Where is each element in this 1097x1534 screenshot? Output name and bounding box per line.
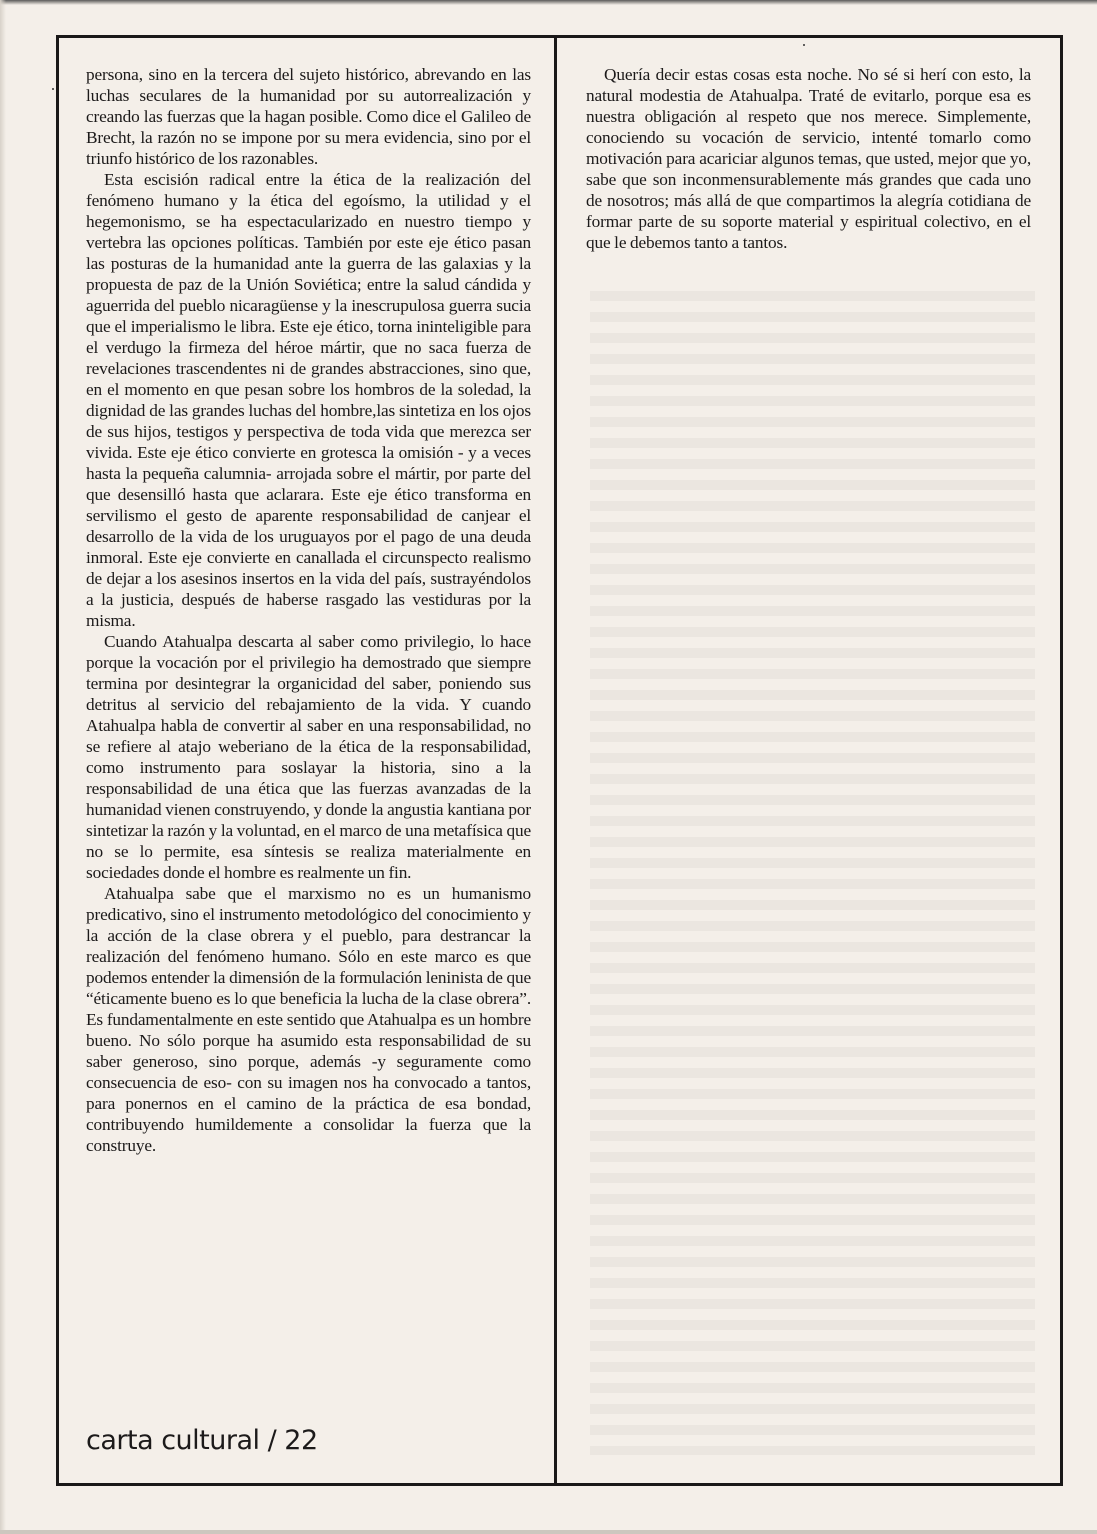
column-divider [554, 35, 557, 1483]
paragraph: Esta escisión radical entre la ética de … [86, 169, 531, 631]
page-footer: carta cultural / 22 [86, 1425, 318, 1456]
footer-page-label: carta cultural / 22 [86, 1425, 318, 1456]
paragraph: Atahualpa sabe que el marxismo no es un … [86, 883, 531, 1156]
scan-top-edge [0, 0, 1097, 5]
paragraph: Cuando Atahualpa descarta al saber como … [86, 631, 531, 883]
scan-speck [803, 44, 805, 46]
scan-bottom-edge [0, 1530, 1097, 1534]
paragraph: persona, sino en la tercera del sujeto h… [86, 64, 531, 169]
scan-speck [52, 88, 54, 90]
right-text-column: Quería decir estas cosas esta noche. No … [586, 64, 1031, 253]
paragraph: Quería decir estas cosas esta noche. No … [586, 64, 1031, 253]
left-text-column: persona, sino en la tercera del sujeto h… [86, 64, 531, 1156]
scan-left-edge [0, 0, 6, 1534]
